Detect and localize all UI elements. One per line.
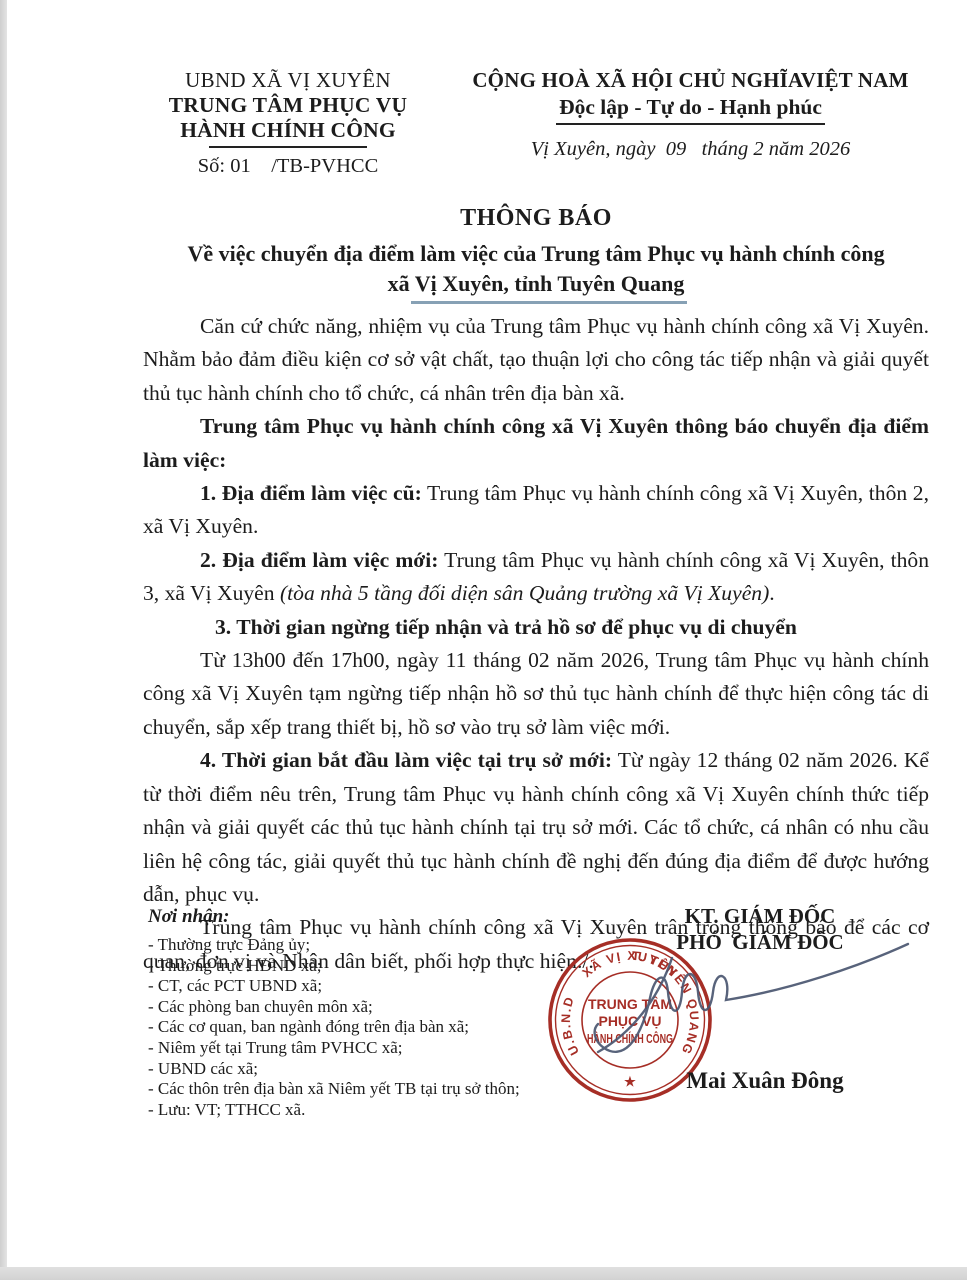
agency-name-line1: TRUNG TÂM PHỤC VỤ	[148, 93, 428, 118]
paragraph-old-location: 1. Địa điểm làm việc cũ: Trung tâm Phục …	[143, 477, 929, 544]
document-subtitle-line2: xã Vị Xuyên, tỉnh Tuyên Quang	[143, 269, 929, 299]
recipient-item: - CT, các PCT UBND xã;	[148, 976, 568, 997]
new-location-label: 2. Địa điểm làm việc mới:	[200, 548, 438, 572]
paragraph-announcement: Trung tâm Phục vụ hành chính công xã Vị …	[143, 410, 929, 477]
document-body: Căn cứ chức năng, nhiệm vụ của Trung tâm…	[143, 310, 929, 978]
recipient-item: - Các phòng ban chuyên môn xã;	[148, 997, 568, 1018]
recipient-item: - Lưu: VT; TTHCC xã.	[148, 1100, 568, 1121]
document-title: THÔNG BÁO	[143, 205, 929, 232]
recipient-item: - Thường trực Đảng ủy;	[148, 935, 568, 956]
paragraph-suspension-heading: 3. Thời gian ngừng tiếp nhận và trả hồ s…	[143, 611, 929, 644]
paragraph-suspension-detail: Từ 13h00 đến 17h00, ngày 11 tháng 02 năm…	[143, 644, 929, 744]
recipients-block: Nơi nhận: - Thường trực Đảng ủy; - Thườn…	[148, 906, 568, 1120]
document-subtitle-line1: Về việc chuyển địa điểm làm việc của Tru…	[143, 239, 929, 269]
agency-parent-name: UBND XÃ VỊ XUYÊN	[148, 68, 428, 93]
document-title-block: THÔNG BÁO Về việc chuyển địa điểm làm vi…	[143, 205, 929, 304]
page-left-edge-shadow	[0, 0, 7, 1280]
signer-name: Mai Xuân Đông	[645, 1068, 885, 1094]
national-motto-block: CỘNG HOÀ XÃ HỘI CHỦ NGHĨAVIỆT NAM Độc lậ…	[448, 68, 933, 162]
issuing-agency-block: UBND XÃ VỊ XUYÊN TRUNG TÂM PHỤC VỤ HÀNH …	[148, 68, 428, 179]
document-page: UBND XÃ VỊ XUYÊN TRUNG TÂM PHỤC VỤ HÀNH …	[0, 0, 967, 1280]
recipient-item: - UBND các xã;	[148, 1059, 568, 1080]
recipients-heading: Nơi nhận:	[148, 906, 568, 928]
old-location-label: 1. Địa điểm làm việc cũ:	[200, 481, 422, 505]
paragraph-start-date: 4. Thời gian bắt đầu làm việc tại trụ sở…	[143, 744, 929, 911]
agency-separator-line	[209, 146, 367, 148]
recipient-item: - Niêm yết tại Trung tâm PVHCC xã;	[148, 1038, 568, 1059]
paragraph-new-location: 2. Địa điểm làm việc mới: Trung tâm Phục…	[143, 544, 929, 611]
recipient-item: - Thường trực HĐND xã;	[148, 956, 568, 977]
paragraph-basis: Căn cứ chức năng, nhiệm vụ của Trung tâm…	[143, 310, 929, 410]
page-bottom-edge-shadow	[0, 1267, 967, 1280]
national-motto: Độc lập - Tự do - Hạnh phúc	[556, 94, 825, 125]
recipient-item: - Các cơ quan, ban ngành đóng trên địa b…	[148, 1017, 568, 1038]
start-date-label: 4. Thời gian bắt đầu làm việc tại trụ sở…	[200, 748, 612, 772]
national-title: CỘNG HOÀ XÃ HỘI CHỦ NGHĨAVIỆT NAM	[448, 68, 933, 93]
signature-scribble	[560, 922, 920, 1082]
new-location-period: .	[769, 581, 774, 605]
place-date-line: Vị Xuyên, ngày 09 tháng 2 năm 2026	[448, 137, 933, 162]
new-location-note: (tòa nhà 5 tầng đối diện sân Quảng trườn…	[280, 581, 769, 605]
document-number: Số: 01 /TB-PVHCC	[148, 154, 428, 178]
subtitle-underline	[411, 301, 687, 304]
recipient-item: - Các thôn trên địa bàn xã Niêm yết TB t…	[148, 1079, 568, 1100]
agency-name-line2: HÀNH CHÍNH CÔNG	[148, 118, 428, 143]
